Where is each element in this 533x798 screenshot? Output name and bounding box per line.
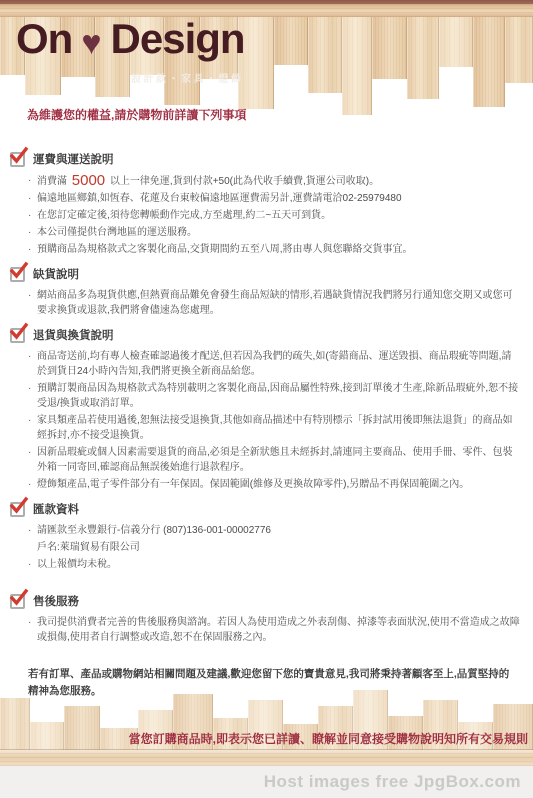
bullet-text: 家具類產品若使用過後,恕無法接受退換貨,其他如商品描述中有特別標示「拆封試用後即…	[37, 413, 521, 443]
policy-section: 運費與運送說明 ·消費滿 5000 以上一律免運,貨到付款+50(此為代收手續費…	[10, 151, 521, 257]
bullet-dot: ·	[28, 208, 37, 223]
bullet-list: ·消費滿 5000 以上一律免運,貨到付款+50(此為代收手續費,貨運公司收取)…	[10, 173, 521, 257]
red-checkmark-icon	[10, 502, 25, 517]
bullet-item: ·因新品瑕疵或個人因素需要退貨的商品,必須是全新狀態且未經拆封,請連同主要商品、…	[28, 445, 521, 475]
bullet-item: ·在您訂定確定後,須待您轉帳動作完成,方至處理,約二~五天可到貨。	[28, 208, 521, 223]
bullet-item: ·燈飾類產品,電子零件部分有一年保固。保固範圍(維修及更換故障零件),另贈品不再…	[28, 477, 521, 492]
brand-word-design: Design	[111, 18, 245, 60]
sections-list: 運費與運送說明 ·消費滿 5000 以上一律免運,貨到付款+50(此為代收手續費…	[0, 151, 533, 645]
bullet-text: 商品寄送前,均有專人檢查確認過後才配送,但若因為我們的疏失,如(寄錯商品、運送毀…	[37, 349, 521, 379]
bullet-dot: ·	[28, 557, 37, 572]
bullet-item: ·商品寄送前,均有專人檢查確認過後才配送,但若因為我們的疏失,如(寄錯商品、運送…	[28, 349, 521, 379]
policy-section: 售後服務 ·我司提供消費者完善的售後服務與諮詢。若因人為使用造成之外表刮傷、掉漆…	[10, 593, 521, 645]
wood-baseboard	[0, 750, 533, 766]
bullet-text: 在您訂定確定後,須待您轉帳動作完成,方至處理,約二~五天可到貨。	[37, 208, 521, 223]
section-title: 運費與運送說明	[33, 151, 114, 167]
section-title: 匯款資料	[33, 501, 79, 517]
wood-plank	[407, 17, 439, 99]
shopping-policy-page: On ♥ Design 設計款・家具・燈飾 為維護您的權益,請於購物前詳讀下列事…	[0, 0, 533, 798]
bullet-item: ·家具類產品若使用過後,恕無法接受退換貨,其他如商品描述中有特別標示「拆封試用後…	[28, 413, 521, 443]
heart-icon: ♥	[81, 26, 101, 60]
bullet-dot: ·	[28, 349, 37, 379]
wood-plank	[473, 17, 505, 107]
bullet-dot: ·	[28, 445, 37, 475]
wood-plank	[64, 706, 100, 750]
wood-plank	[372, 17, 407, 79]
bullet-text: 因新品瑕疵或個人因素需要退貨的商品,必須是全新狀態且未經拆封,請連同主要商品、使…	[37, 445, 521, 475]
top-wood-decor: On ♥ Design 設計款・家具・燈飾	[0, 0, 533, 100]
bullet-dot: ·	[28, 413, 37, 443]
bullet-text: 預購商品為規格款式之客製化商品,交貨期間約五至八周,將由專人與您聯絡交貨事宜。	[37, 242, 521, 257]
bullet-text: 戶名:萊瑞貿易有限公司	[37, 540, 521, 555]
bullet-list: ·我司提供消費者完善的售後服務與諮詢。若因人為使用造成之外表刮傷、掉漆等表面狀況…	[10, 615, 521, 645]
bullet-text: 本公司僅提供台灣地區的運送服務。	[37, 225, 521, 240]
bullet-item: ·以上報價均未稅。	[28, 557, 521, 572]
bullet-item: ·網站商品多為現貨供應,但熱賣商品難免會發生商品短缺的情形,若遇缺貨情況我們將另…	[28, 288, 521, 318]
footer-strip: Host images free JpgBox.com	[0, 766, 533, 798]
bullet-dot: ·	[28, 615, 37, 645]
wood-plank	[0, 698, 30, 750]
red-checkmark-icon	[10, 594, 25, 609]
bullet-item: ·預購商品為規格款式之客製化商品,交貨期間約五至八周,將由專人與您聯絡交貨事宜。	[28, 242, 521, 257]
bullet-list: ·網站商品多為現貨供應,但熱賣商品難免會發生商品短缺的情形,若遇缺貨情況我們將另…	[10, 288, 521, 318]
section-header: 運費與運送說明	[10, 151, 521, 167]
section-header: 售後服務	[10, 593, 521, 609]
bullet-dot: ·	[28, 381, 37, 411]
bullet-text: 網站商品多為現貨供應,但熱賣商品難免會發生商品短缺的情形,若遇缺貨情況我們將另行…	[37, 288, 521, 318]
policy-section: 匯款資料 ·請匯款至永豐銀行-信義分行 (807)136-001-0000277…	[10, 501, 521, 572]
bullet-item: ·偏遠地區鄉鎮,如恆春、花蓮及台東較偏遠地區運費需另計,運費請電洽02-2597…	[28, 191, 521, 206]
policy-content: 為維護您的權益,請於購物前詳讀下列事項 運費與運送說明 ·消費滿 5000 以上…	[0, 100, 533, 700]
brand-word-on: On	[16, 18, 72, 60]
bullet-text: 預購訂製商品因為規格款式為特別載明之客製化商品,因商品屬性特殊,接到訂單後才生產…	[37, 381, 521, 411]
red-checkmark-icon	[10, 152, 25, 167]
bottom-wood-decor: 當您訂購商品時,即表示您已詳讀、瞭解並同意接受購物說明知所有交易規則 Host …	[0, 683, 533, 798]
section-header: 缺貨說明	[10, 266, 521, 282]
bullet-item: ·本公司僅提供台灣地區的運送服務。	[28, 225, 521, 240]
bullet-dot: ·	[28, 191, 37, 206]
agreement-notice: 當您訂購商品時,即表示您已詳讀、瞭解並同意接受購物說明知所有交易規則	[129, 730, 528, 747]
bullet-item: ·我司提供消費者完善的售後服務與諮詢。若因人為使用造成之外表刮傷、掉漆等表面狀況…	[28, 615, 521, 645]
bullet-item: ·請匯款至永豐銀行-信義分行 (807)136-001-00002776	[28, 523, 521, 538]
bullet-dot: ·	[28, 477, 37, 492]
wood-plank	[308, 17, 342, 93]
section-header: 匯款資料	[10, 501, 521, 517]
notice-heading: 為維護您的權益,請於購物前詳讀下列事項	[27, 106, 533, 123]
bullet-list: ·商品寄送前,均有專人檢查確認過後才配送,但若因為我們的疏失,如(寄錯商品、運送…	[10, 349, 521, 492]
wood-plank	[274, 17, 308, 65]
brand-subtitle: 設計款・家具・燈飾	[131, 70, 244, 85]
section-title: 退貨與換貨說明	[33, 327, 114, 343]
bullet-text: 偏遠地區鄉鎮,如恆春、花蓮及台東較偏遠地區運費需另計,運費請電洽02-25979…	[37, 191, 521, 206]
bullet-text: 我司提供消費者完善的售後服務與諮詢。若因人為使用造成之外表刮傷、掉漆等表面狀況,…	[37, 615, 521, 645]
red-checkmark-icon	[10, 328, 25, 343]
wood-plank	[505, 17, 533, 83]
bullet-dot: ·	[28, 288, 37, 318]
wood-plank	[30, 722, 64, 750]
bullet-list: ·請匯款至永豐銀行-信義分行 (807)136-001-00002776戶名:萊…	[10, 523, 521, 572]
bullet-dot: ·	[28, 225, 37, 240]
section-title: 售後服務	[33, 593, 79, 609]
bullet-item: 戶名:萊瑞貿易有限公司	[28, 540, 521, 555]
bullet-text: 消費滿 5000 以上一律免運,貨到付款+50(此為代收手續費,貨運公司收取)。	[37, 173, 521, 189]
wood-top-band	[0, 4, 533, 17]
bullet-item: ·預購訂製商品因為規格款式為特別載明之客製化商品,因商品屬性特殊,接到訂單後才生…	[28, 381, 521, 411]
section-header: 退貨與換貨說明	[10, 327, 521, 343]
bullet-text: 請匯款至永豐銀行-信義分行 (807)136-001-00002776	[37, 523, 521, 538]
bullet-dot: ·	[28, 523, 37, 538]
watermark-text: Host images free JpgBox.com	[264, 772, 521, 791]
policy-section: 缺貨說明 ·網站商品多為現貨供應,但熱賣商品難免會發生商品短缺的情形,若遇缺貨情…	[10, 266, 521, 318]
brand-logo: On ♥ Design	[16, 18, 245, 60]
policy-section: 退貨與換貨說明 ·商品寄送前,均有專人檢查確認過後才配送,但若因為我們的疏失,如…	[10, 327, 521, 492]
closing-paragraph: 若有訂單、產品或購物網站相關問題及建議,歡迎您留下您的寶貴意見,我司將秉持著顧客…	[28, 666, 517, 700]
wood-plank	[439, 17, 473, 67]
bullet-text: 以上報價均未稅。	[37, 557, 521, 572]
bullet-text: 燈飾類產品,電子零件部分有一年保固。保固範圍(維修及更換故障零件),另贈品不再保…	[37, 477, 521, 492]
bullet-dot	[28, 540, 37, 555]
bullet-dot: ·	[28, 173, 37, 189]
bullet-item: ·消費滿 5000 以上一律免運,貨到付款+50(此為代收手續費,貨運公司收取)…	[28, 173, 521, 189]
bullet-dot: ·	[28, 242, 37, 257]
red-checkmark-icon	[10, 267, 25, 282]
section-title: 缺貨說明	[33, 266, 79, 282]
